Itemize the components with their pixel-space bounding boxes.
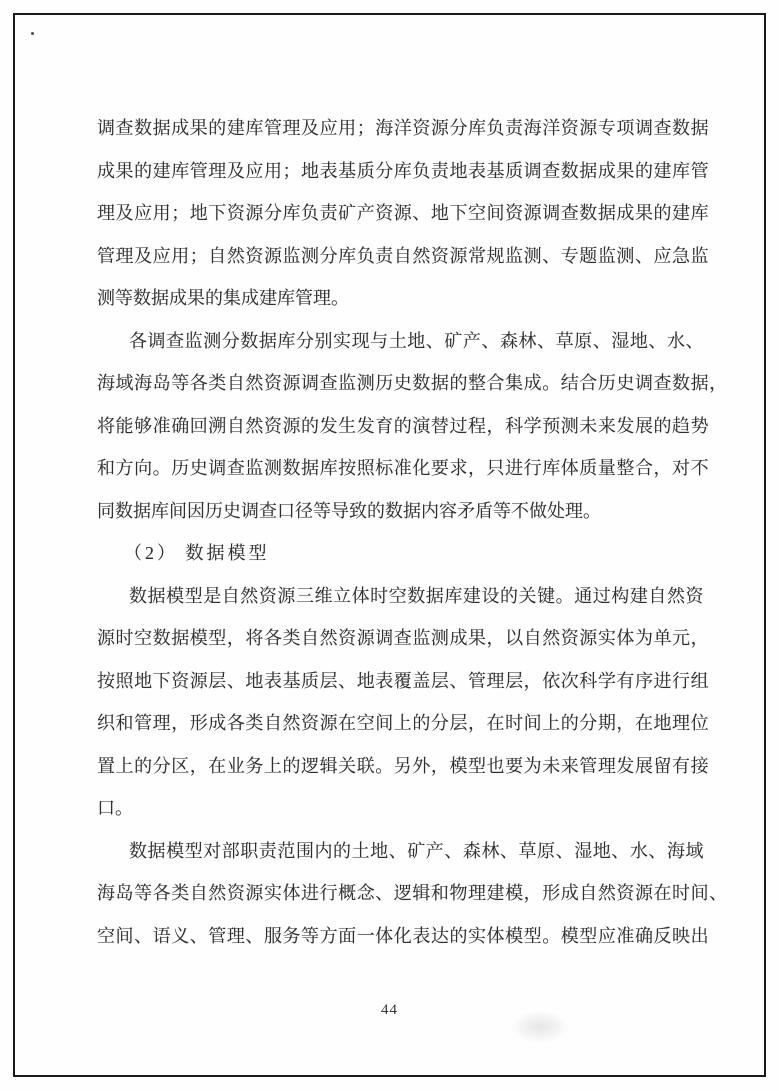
text-line: 同数据库间因历史调查口径等导致的数据内容矛盾等不做处理。 (97, 490, 709, 533)
page-number: 44 (0, 1002, 779, 1019)
text-line: 测等数据成果的集成建库管理。 (97, 277, 709, 320)
text-line: 各调查监测分数据库分别实现与土地、矿产、森林、草原、湿地、水、 (97, 320, 709, 363)
scan-ink-speck (31, 32, 34, 35)
text-line: 将能够准确回溯自然资源的发生发育的演替过程，科学预测未来发展的趋势 (97, 405, 709, 448)
text-line: 数据模型是自然资源三维立体时空数据库建设的关键。通过构建自然资 (97, 575, 709, 618)
section-heading: （2） 数据模型 (97, 532, 709, 575)
text-line: 成果的建库管理及应用；地表基质分库负责地表基质调查数据成果的建库管 (97, 150, 709, 193)
text-line: 源时空数据模型，将各类自然资源调查监测成果，以自然资源实体为单元， (97, 617, 709, 660)
text-line: 按照地下资源层、地表基质层、地表覆盖层、管理层，依次科学有序进行组 (97, 660, 709, 703)
text-line: 理及应用；地下资源分库负责矿产资源、地下空间资源调查数据成果的建库 (97, 192, 709, 235)
text-line: 空间、语义、管理、服务等方面一体化表达的实体模型。模型应准确反映出 (97, 915, 709, 958)
text-line: 织和管理，形成各类自然资源在空间上的分层，在时间上的分期，在地理位 (97, 702, 709, 745)
text-line: 海岛等各类自然资源实体进行概念、逻辑和物理建模，形成自然资源在时间、 (97, 872, 709, 915)
page-text-content: 调查数据成果的建库管理及应用；海洋资源分库负责海洋资源专项调查数据成果的建库管理… (97, 107, 709, 957)
text-line: 口。 (97, 787, 709, 830)
text-line: 管理及应用；自然资源监测分库负责自然资源常规监测、专题监测、应急监 (97, 235, 709, 278)
text-line: 和方向。历史调查监测数据库按照标准化要求，只进行库体质量整合，对不 (97, 447, 709, 490)
text-line: 调查数据成果的建库管理及应用；海洋资源分库负责海洋资源专项调查数据 (97, 107, 709, 150)
text-line: 海域海岛等各类自然资源调查监测历史数据的整合集成。结合历史调查数据， (97, 362, 709, 405)
text-line: 数据模型对部职责范围内的土地、矿产、森林、草原、湿地、水、海域 (97, 830, 709, 873)
document-page: 调查数据成果的建库管理及应用；海洋资源分库负责海洋资源专项调查数据成果的建库管理… (0, 0, 779, 1091)
text-line: 置上的分区，在业务上的逻辑关联。另外，模型也要为未来管理发展留有接 (97, 745, 709, 788)
